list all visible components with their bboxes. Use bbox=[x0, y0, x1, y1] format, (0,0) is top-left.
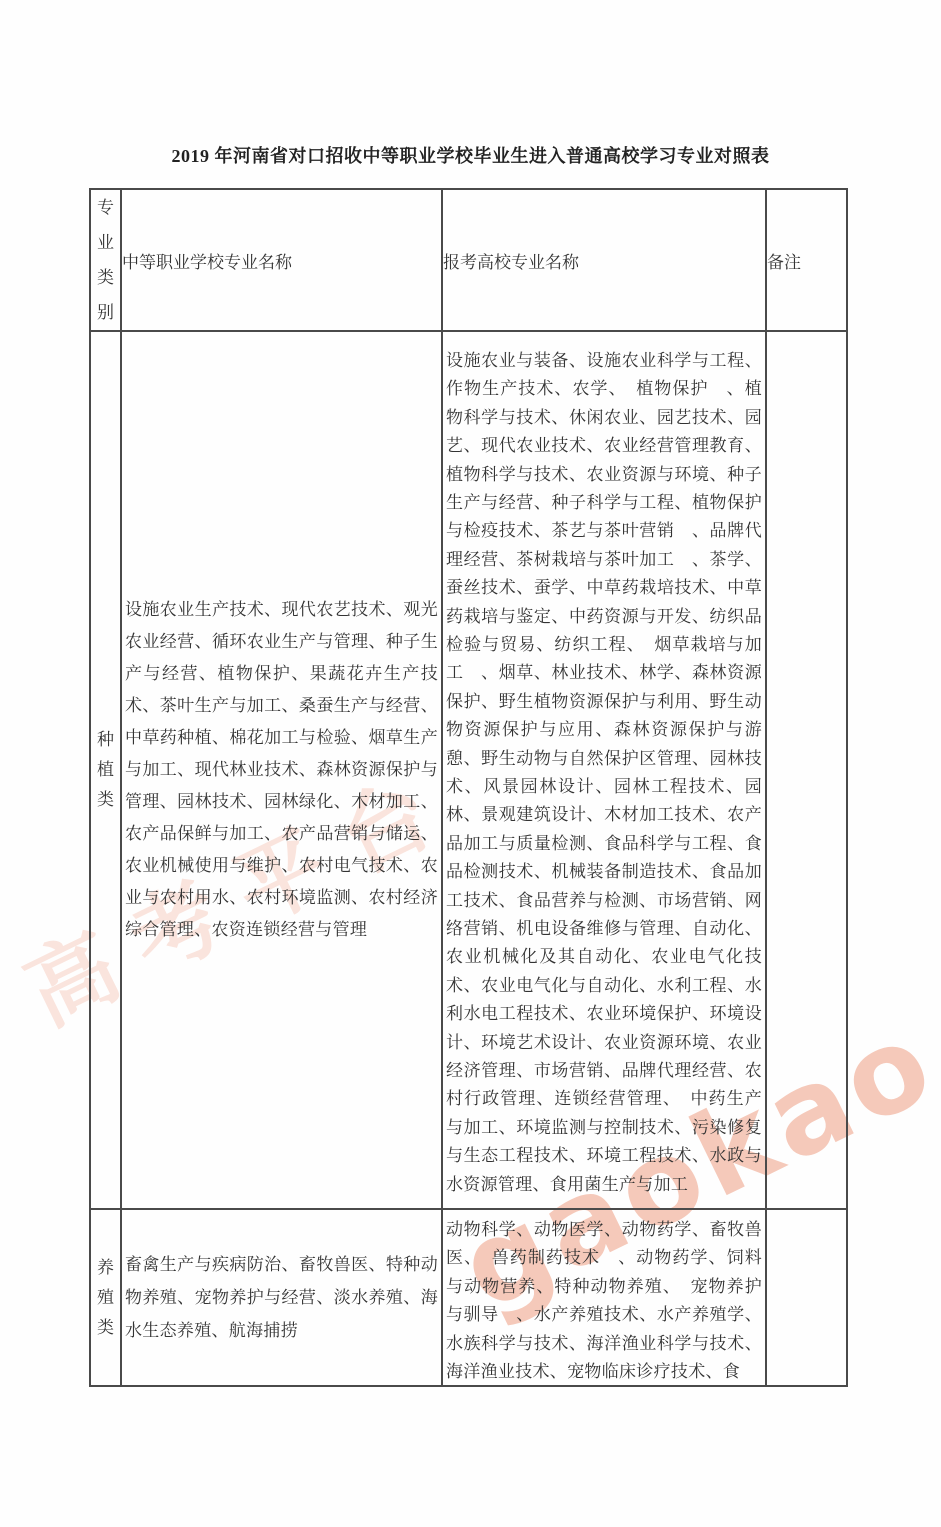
table-row-breeding: 养殖类 畜禽生产与疾病防治、畜牧兽医、特种动物养殖、宠物养护与经营、淡水养殖、海… bbox=[90, 1209, 847, 1386]
header-remarks-label: 备注 bbox=[767, 253, 801, 272]
header-cell-remarks: 备注 bbox=[766, 189, 847, 331]
page-title: 2019 年河南省对口招收中等职业学校毕业生进入普通高校学习专业对照表 bbox=[0, 142, 941, 168]
secondary-majors-text-planting: 设施农业生产技术、现代农艺技术、观光农业经营、循环农业生产与管理、种子生产与经营… bbox=[122, 594, 441, 946]
header-cell-college-majors: 报考高校专业名称 bbox=[442, 189, 766, 331]
document-page: 高考平台 gaokao 2019 年河南省对口招收中等职业学校毕业生进入普通高校… bbox=[0, 0, 941, 1527]
secondary-majors-cell-breeding: 畜禽生产与疾病防治、畜牧兽医、特种动物养殖、宠物养护与经营、淡水养殖、海水生态养… bbox=[121, 1209, 442, 1386]
header-secondary-majors-label: 中等职业学校专业名称 bbox=[122, 253, 292, 272]
secondary-majors-cell-planting: 设施农业生产技术、现代农艺技术、观光农业经营、循环农业生产与管理、种子生产与经营… bbox=[121, 331, 442, 1209]
category-cell-planting: 种植类 bbox=[90, 331, 121, 1209]
college-majors-text-breeding: 动物科学、动物医学、动物药学、畜牧兽医、 兽药制药技术 、动物药学、饲料与动物营… bbox=[443, 1210, 765, 1385]
category-label-breeding: 养殖类 bbox=[97, 1253, 115, 1343]
header-college-majors-label: 报考高校专业名称 bbox=[443, 253, 579, 272]
secondary-majors-text-breeding: 畜禽生产与疾病防治、畜牧兽医、特种动物养殖、宠物养护与经营、淡水养殖、海水生态养… bbox=[122, 1248, 441, 1347]
category-label-planting: 种植类 bbox=[97, 725, 115, 815]
remarks-cell-breeding bbox=[766, 1209, 847, 1386]
header-cell-secondary-majors: 中等职业学校专业名称 bbox=[121, 189, 442, 331]
table-row-planting: 种植类 设施农业生产技术、现代农艺技术、观光农业经营、循环农业生产与管理、种子生… bbox=[90, 331, 847, 1209]
college-majors-cell-planting: 设施农业与装备、设施农业科学与工程、作物生产技术、农学、 植物保护 、植物科学与… bbox=[442, 331, 766, 1209]
header-cell-category: 专业类别 bbox=[90, 189, 121, 331]
table-header-row: 专业类别 中等职业学校专业名称 报考高校专业名称 备注 bbox=[90, 189, 847, 331]
category-cell-breeding: 养殖类 bbox=[90, 1209, 121, 1386]
college-majors-cell-breeding: 动物科学、动物医学、动物药学、畜牧兽医、 兽药制药技术 、动物药学、饲料与动物营… bbox=[442, 1209, 766, 1386]
header-category-label: 专业类别 bbox=[97, 190, 115, 330]
majors-comparison-table: 专业类别 中等职业学校专业名称 报考高校专业名称 备注 种植类 设施农业生产技术… bbox=[89, 188, 848, 1387]
college-majors-text-planting: 设施农业与装备、设施农业科学与工程、作物生产技术、农学、 植物保护 、植物科学与… bbox=[443, 341, 765, 1199]
remarks-cell-planting bbox=[766, 331, 847, 1209]
